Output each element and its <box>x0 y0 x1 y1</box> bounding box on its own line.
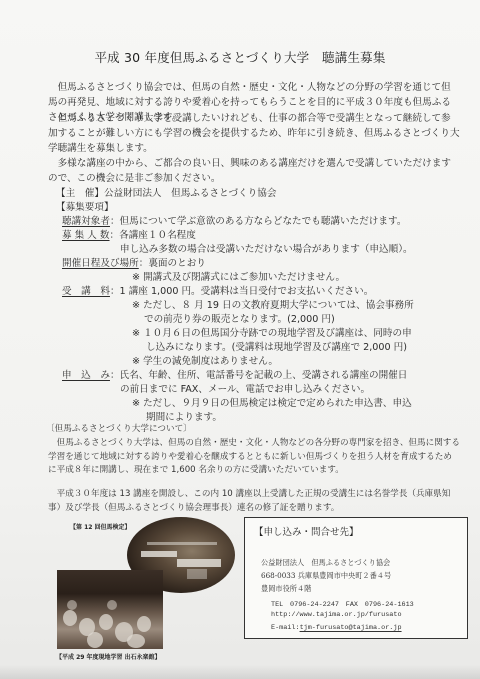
req-target-row: 聴講対象者：但馬について学ぶ意欲のある方ならどなたでも聴講いただけます。 <box>62 215 406 228</box>
intro-paragraph-2: 但馬ふるさとづくり大学を受講したいけれども、仕事の都合等で受講生となって継続して… <box>48 111 460 156</box>
req-schedule-note: ※ 開講式及び閉講式にはご参加いただけません。 <box>132 271 345 284</box>
photo-caption-field-study: 【平成 29 年度現地学習 出石永楽館】 <box>56 652 161 661</box>
req-fee-label: 受 講 料 <box>62 286 110 297</box>
photo-field-study <box>57 570 163 649</box>
about-heading: 〔但馬ふるさとづくり大学について〕 <box>46 423 192 435</box>
req-fee-row: 受 講 料：1 講座 1,000 円。受講料は当日受付でお支払いください。 <box>62 285 373 298</box>
req-target-value: ：但馬について学ぶ意欲のある方ならどなたでも聴講いただけます。 <box>110 216 406 227</box>
req-apply-label: 申 込 み <box>62 370 110 381</box>
req-schedule-value: ：裏面のとおり <box>139 258 206 269</box>
flyer-page: 平成 30 年度但馬ふるさとづくり大学 聴講生募集 但馬ふるさとづくり協会では、… <box>0 0 480 679</box>
about-paragraph-2: 平成３０年度は 13 講座を開設し、この内 10 講座以上受講した正規の受講生に… <box>48 488 460 515</box>
req-apply-value: ：氏名、年齢、住所、電話番号を記載の上、受講される講座の開催日 <box>110 370 407 381</box>
contact-box: 【申し込み・問合せ先】 公益財団法人 但馬ふるさとづくり協会 668-0033 … <box>244 517 468 639</box>
req-fee-note-2b: し込みになります。(受講料は現地学習及び講座で 2,000 円) <box>146 341 407 354</box>
contact-address-1: 668-0033 兵庫県豊岡市中央町２番４号 <box>261 571 391 581</box>
req-apply-note-a: ※ ただし、９月９日の但馬検定は検定で定められた申込書、申込 <box>132 397 412 410</box>
contact-org: 公益財団法人 但馬ふるさとづくり協会 <box>261 558 390 568</box>
organizer-label: 【主 催】 <box>56 188 104 199</box>
contact-url[interactable]: http://www.tajima.or.jp/furusato <box>271 611 402 619</box>
req-capacity-label: 募 集 人 数 <box>62 230 110 241</box>
contact-heading: 【申し込み・問合せ先】 <box>254 524 359 538</box>
req-capacity-row: 募 集 人 数：各講座１０名程度 <box>62 229 196 242</box>
contact-email-link[interactable]: tjm-furusato@tajima.or.jp <box>300 624 402 632</box>
req-target-label: 聴講対象者 <box>62 216 110 227</box>
req-apply-line-2: の前日までに FAX、メール、電話でお申し込みください。 <box>120 383 370 396</box>
req-fee-value: ：1 講座 1,000 円。受講料は当日受付でお支払いください。 <box>110 286 373 297</box>
photo-caption-kentei: 【第 12 回但馬検定】 <box>70 522 131 531</box>
req-schedule-label: 開催日程及び場所 <box>62 258 139 269</box>
req-fee-note-1a: ※ ただし、８ 月 19 日の文教府夏期大学については、協会事務所 <box>132 299 414 312</box>
req-capacity-value: ：各講座１０名程度 <box>110 230 196 241</box>
req-capacity-note: 申し込み多数の場合は受講いただけない場合があります（申込順）。 <box>120 243 413 256</box>
requirements-heading: 【募集要項】 <box>56 201 114 214</box>
intro-paragraph-3: 多様な講座の中から、ご都合の良い日、興味のある講座だけを選んで受講していただけま… <box>48 156 460 186</box>
organizer-value: 公益財団法人 但馬ふるさとづくり協会 <box>104 188 277 199</box>
organizer-row: 【主 催】公益財団法人 但馬ふるさとづくり協会 <box>56 187 276 200</box>
contact-email-row: E-mail:tjm-furusato@tajima.or.jp <box>271 624 402 632</box>
contact-tel-fax: TEL 0796-24-2247 FAX 0796-24-1613 <box>271 598 414 609</box>
about-paragraph-1: 但馬ふるさとづくり大学は、但馬の自然・歴史・文化・人物などの各分野の専門家を招き… <box>48 437 460 478</box>
contact-address-2: 豊岡市役所４階 <box>261 584 311 594</box>
req-schedule-row: 開催日程及び場所：裏面のとおり <box>62 257 206 270</box>
req-fee-note-1b: での前売り券の販売となります。(2,000 円) <box>144 313 335 326</box>
page-title: 平成 30 年度但馬ふるさとづくり大学 聴講生募集 <box>0 48 480 66</box>
req-fee-note-2a: ※ １０月６日の但馬国分寺跡での現地学習及び講座は、同時の申 <box>132 327 412 340</box>
page-shadow <box>0 665 480 679</box>
req-apply-row: 申 込 み：氏名、年齢、住所、電話番号を記載の上、受講される講座の開催日 <box>62 369 407 382</box>
contact-email-label: E-mail: <box>271 624 300 632</box>
req-fee-note-3: ※ 学生の減免制度はありません。 <box>132 355 278 368</box>
